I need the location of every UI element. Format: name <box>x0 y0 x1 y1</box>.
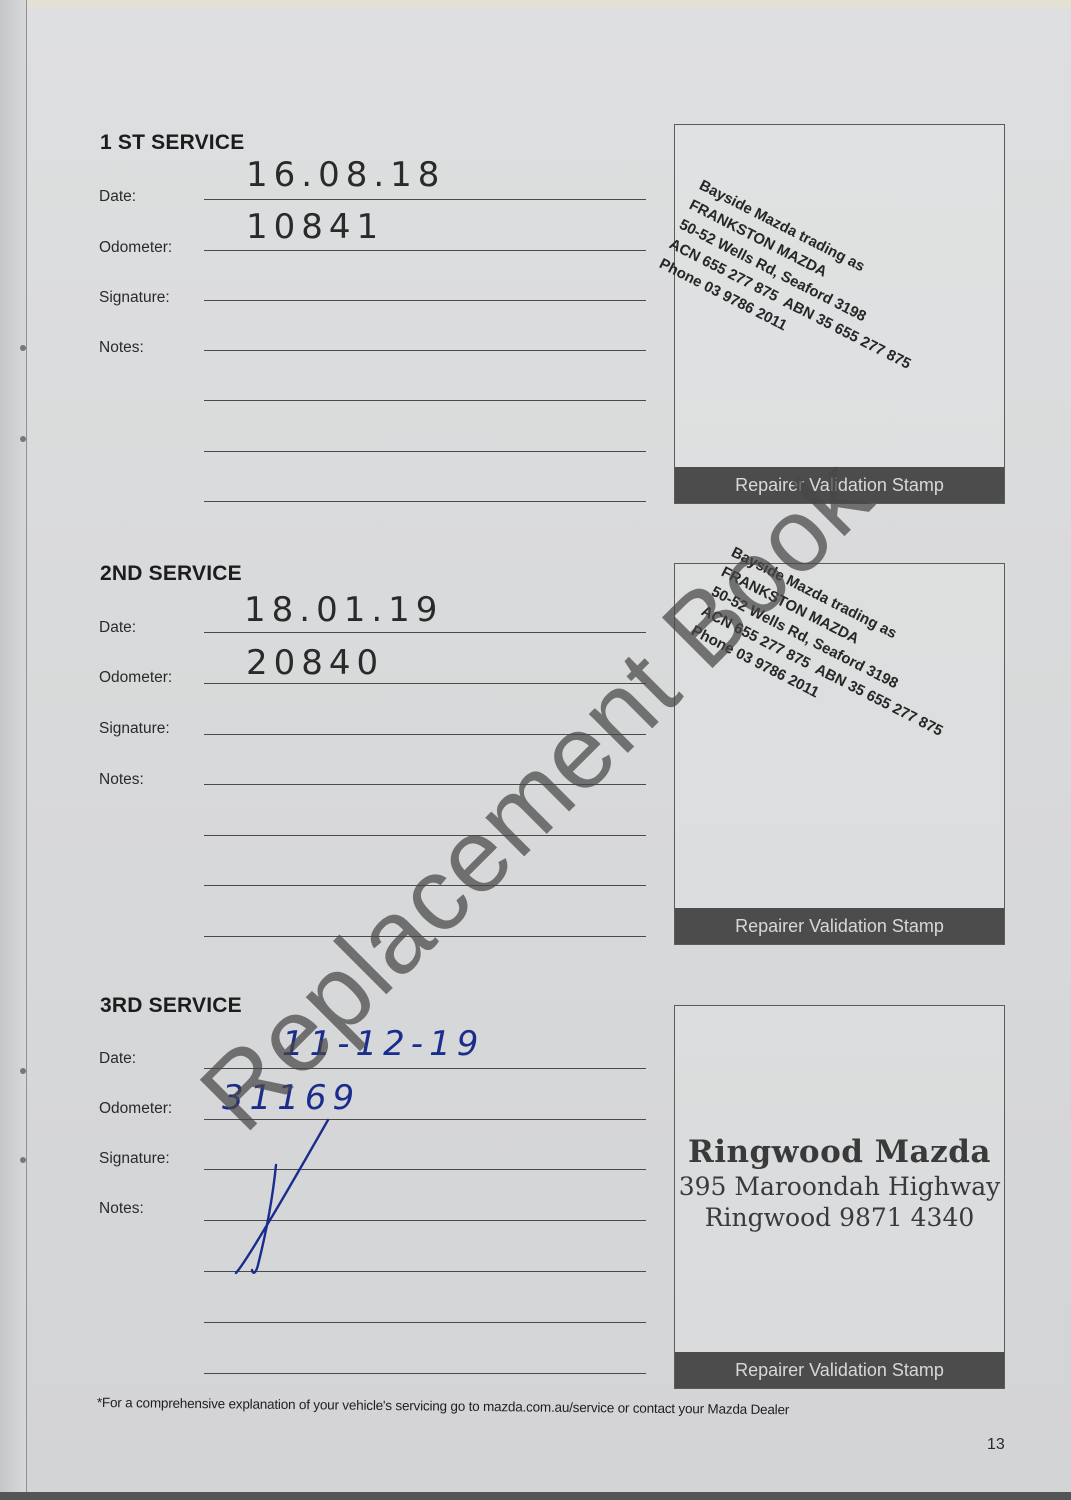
signature-label: Signature: <box>99 289 170 307</box>
notes-line[interactable] <box>204 501 646 502</box>
stamp-label: Repairer Validation Stamp <box>675 908 1004 944</box>
date-field[interactable] <box>204 632 646 633</box>
notes-label: Notes: <box>99 771 144 789</box>
photo-bottom-edge <box>0 1492 1071 1500</box>
date-value: 16.08.18 <box>246 155 445 195</box>
stamp-label: Repairer Validation Stamp <box>675 1352 1004 1388</box>
notes-line[interactable] <box>204 400 646 401</box>
section-title: 3RD SERVICE <box>100 994 242 1018</box>
date-value: 18.01.19 <box>244 590 443 630</box>
binding-staple <box>20 1157 26 1163</box>
handwritten-signature <box>228 1115 338 1285</box>
previous-page-edge <box>0 0 27 1500</box>
signature-label: Signature: <box>99 720 170 738</box>
date-label: Date: <box>99 619 136 637</box>
notes-label: Notes: <box>99 339 144 357</box>
notes-line[interactable] <box>204 1373 646 1374</box>
date-field[interactable] <box>204 199 646 200</box>
signature-label: Signature: <box>99 1150 170 1168</box>
notes-line[interactable] <box>204 350 646 351</box>
binding-staple <box>20 345 26 351</box>
dealer-stamp: Ringwood Mazda 395 Maroondah Highway Rin… <box>675 1134 1004 1232</box>
validation-stamp-box: Ringwood Mazda 395 Maroondah Highway Rin… <box>674 1005 1005 1389</box>
odometer-field[interactable] <box>204 250 646 251</box>
dealer-name: Ringwood Mazda <box>675 1134 1004 1170</box>
odometer-label: Odometer: <box>99 239 172 257</box>
dealer-phone: Ringwood 9871 4340 <box>675 1203 1004 1232</box>
photo-top-edge <box>0 0 1071 8</box>
odometer-label: Odometer: <box>99 669 172 687</box>
section-title: 2ND SERVICE <box>100 562 242 586</box>
dealer-stamp: Bayside Mazda trading as FRANKSTON MAZDA… <box>655 175 944 395</box>
odometer-value: 20840 <box>246 643 384 683</box>
section-title: 1 ST SERVICE <box>100 131 244 155</box>
odometer-label: Odometer: <box>99 1100 172 1118</box>
notes-line[interactable] <box>204 1322 646 1323</box>
date-label: Date: <box>99 1050 136 1068</box>
binding-staple <box>20 1068 26 1074</box>
page-number: 13 <box>987 1436 1005 1454</box>
validation-stamp-box: Bayside Mazda trading as FRANKSTON MAZDA… <box>674 124 1005 504</box>
odometer-value: 10841 <box>246 207 384 247</box>
binding-staple <box>20 436 26 442</box>
notes-label: Notes: <box>99 1200 144 1218</box>
dealer-address: 395 Maroondah Highway <box>675 1172 1004 1201</box>
notes-line[interactable] <box>204 451 646 452</box>
date-label: Date: <box>99 188 136 206</box>
signature-field[interactable] <box>204 300 646 301</box>
